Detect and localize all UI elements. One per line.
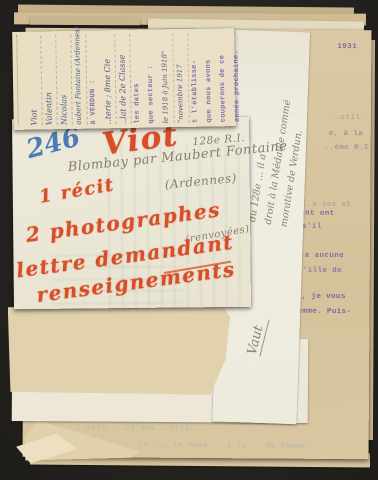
annotation-sheet: 246 Viot 128e R.I. Blombay par Maubert F… <box>12 117 251 309</box>
form-field-rank: ..lat de 2e Classe <box>115 34 132 124</box>
torn-beige-strip <box>8 302 230 395</box>
form-card: Viot Valentin Nicolas aubert Fontaine (A… <box>12 28 236 130</box>
letter-fragment: 'ille de <box>303 267 342 275</box>
form-field-middlename: Nicolas <box>56 35 73 125</box>
form-label-secteur: que secteur : <box>144 33 160 123</box>
form-typed-text: t l'établisse- <box>188 33 204 123</box>
form-field-name: Viot <box>26 35 43 125</box>
pencil-signature-text: Vaut <box>245 316 270 356</box>
form-field-date-range: le 1918 à Juin 1918" <box>158 33 175 123</box>
form-field-address: aubert Fontaine (Ardennes) <box>71 35 88 125</box>
form-field-date2: "novembre 1917 <box>173 33 190 123</box>
form-label-verdun: à VERDUN : <box>86 34 102 124</box>
paper-stack-edge-4 <box>30 17 140 26</box>
letter-date: 1931 <box>337 43 357 51</box>
letter-bottom-line: ..ails, ..it des ..ttes. <box>77 424 195 433</box>
photo-backdrop: 1931 ..stil. e, à la ..ème R.I ..s ies e… <box>0 0 378 480</box>
letter-fragment: s'il <box>302 223 322 231</box>
pencil-signature: Vaut <box>245 304 277 357</box>
form-field-unit: ..terie ; 8me Cie <box>100 34 117 124</box>
red-recit-note: 1 récit <box>38 174 117 207</box>
form-ruled-edge <box>16 35 19 125</box>
form-field-firstname: Valentin <box>41 35 58 125</box>
form-typed-text: que nous avons <box>202 32 218 122</box>
letter-fragment: ..ème R.I <box>325 144 369 152</box>
form-typed-text: année prochaine. <box>230 32 246 122</box>
form-rotated-content: Viot Valentin Nicolas aubert Fontaine (A… <box>26 32 238 126</box>
letter-fragment: ..stil. <box>331 114 365 122</box>
letter-fragment: ..s ies et <box>302 201 351 209</box>
letter-fragment: e, à la <box>329 130 363 138</box>
form-label-dates: les dates <box>130 34 146 124</box>
letter-fragment: emme. Puis- <box>297 308 351 316</box>
letter-fragment: ent ont <box>300 210 334 218</box>
letter-bottom-line: Le .., le Sous .. à la .. de Champ.. <box>139 442 315 451</box>
letter-fragment: , je vous <box>302 293 346 301</box>
form-typed-text: couperons de ce <box>216 32 232 122</box>
letter-fragment: 'a aucune <box>300 252 344 260</box>
